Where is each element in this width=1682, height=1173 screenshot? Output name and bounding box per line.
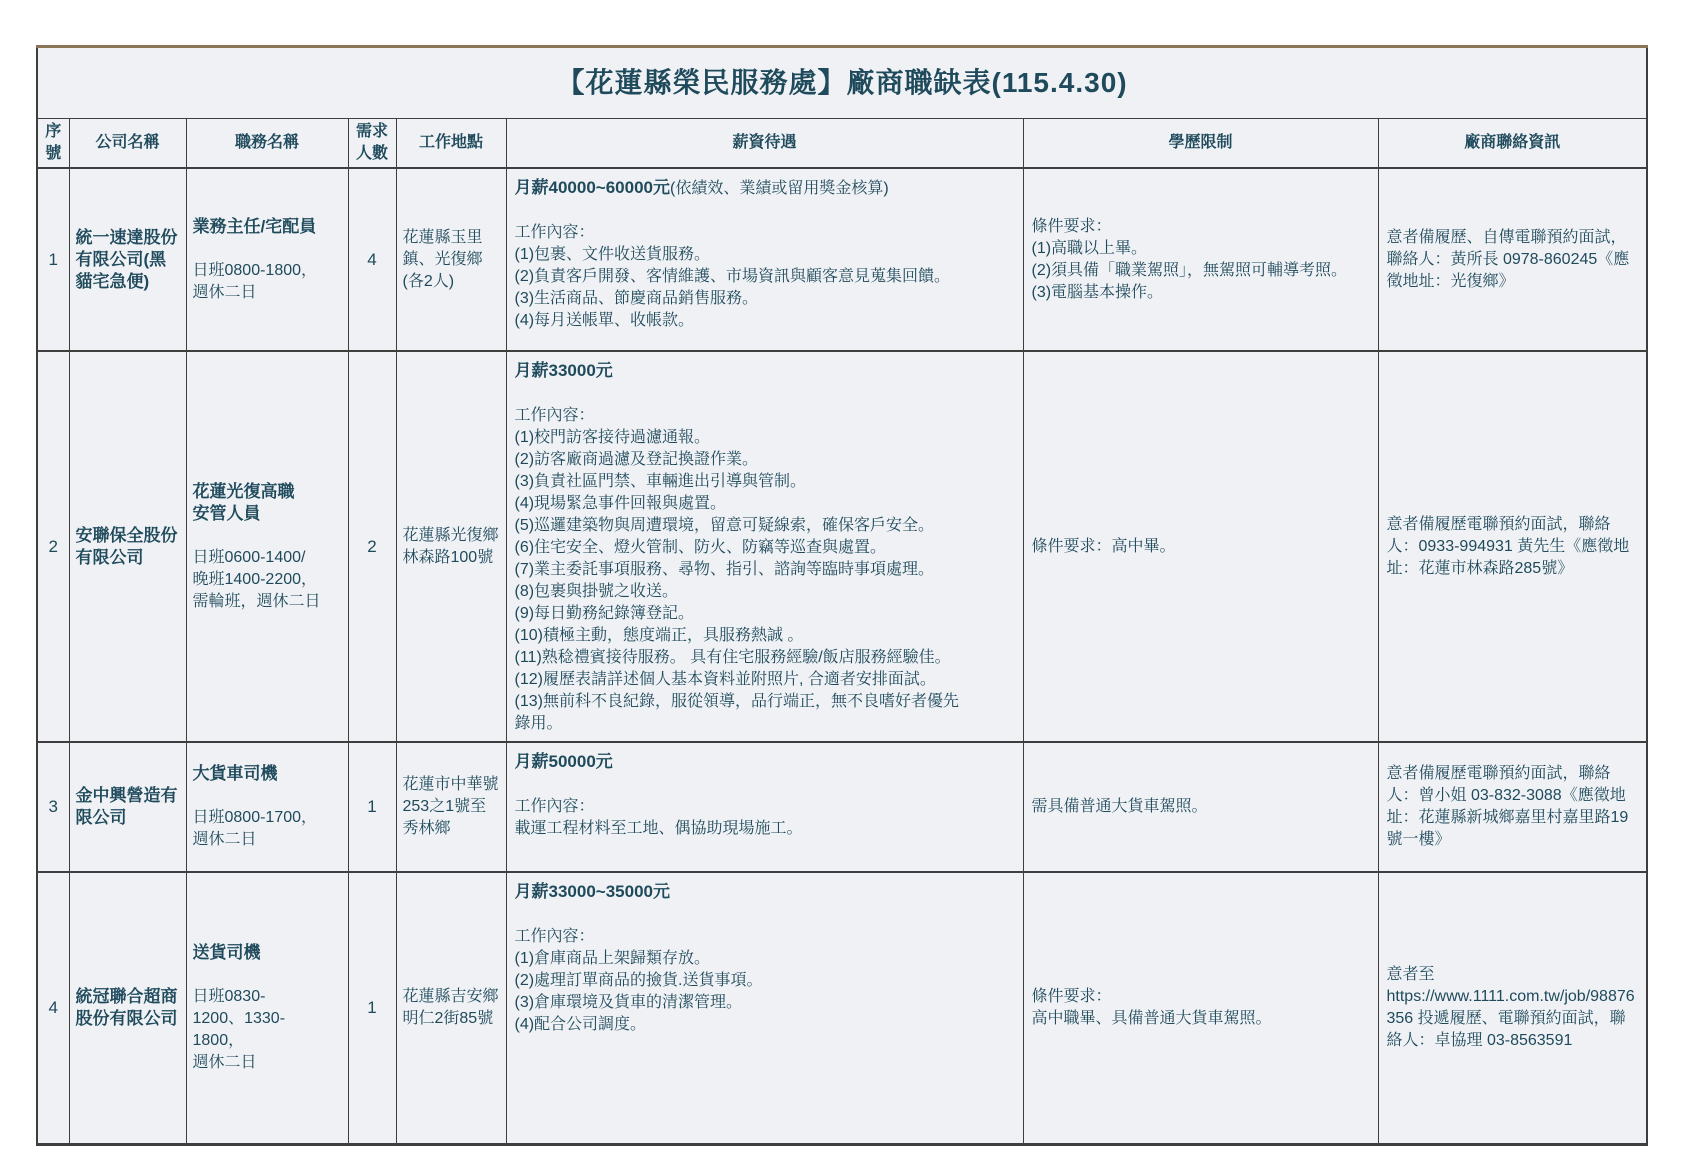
cell-headcount: 4 — [348, 168, 396, 351]
salary-headline: 月薪33000~35000元 — [515, 881, 965, 904]
table-row: 2 安聯保全股份有限公司 花蓮光復高職 安管人員 日班0600-1400/ 晚班… — [37, 351, 1647, 742]
cell-location: 花蓮縣光復鄉林森路100號 — [396, 351, 506, 742]
job-schedule-text: 日班0830- 1200、1330- 1800， 週休二日 — [193, 986, 342, 1074]
salary-details: 工作內容： (1)校門訪客接待過濾通報。 (2)訪客廠商過濾及登記換證作業。 (… — [515, 405, 965, 735]
column-header-no: 序號 — [37, 119, 69, 169]
cell-education: 條件要求：高中畢。 — [1023, 351, 1378, 742]
cell-salary: 月薪33000~35000元 工作內容： (1)倉庫商品上架歸類存放。 (2)處… — [506, 872, 1023, 1144]
cell-contact: 意者備履歷電聯預約面試，聯絡人：0933-994931 黃先生《應徵地址：花蓮市… — [1378, 351, 1647, 742]
cell-company: 金中興營造有限公司 — [69, 742, 186, 872]
table-row: 3 金中興營造有限公司 大貨車司機 日班0800-1700， 週休二日 1 花蓮… — [37, 742, 1647, 872]
cell-job: 大貨車司機 日班0800-1700， 週休二日 — [186, 742, 348, 872]
salary-amount: 月薪33000元 — [515, 361, 613, 380]
cell-company: 統冠聯合超商股份有限公司 — [69, 872, 186, 1144]
cell-no: 1 — [37, 168, 69, 351]
cell-headcount: 1 — [348, 872, 396, 1144]
page-title: 【花蓮縣榮民服務處】廠商職缺表(115.4.30) — [37, 47, 1647, 119]
job-schedule-text: 日班0800-1700， 週休二日 — [193, 807, 342, 851]
cell-job: 業務主任/宅配員 日班0800-1800， 週休二日 — [186, 168, 348, 351]
column-header-salary: 薪資待遇 — [506, 119, 1023, 169]
column-header-location: 工作地點 — [396, 119, 506, 169]
cell-headcount: 1 — [348, 742, 396, 872]
salary-headline: 月薪33000元 — [515, 360, 965, 383]
cell-no: 2 — [37, 351, 69, 742]
job-title-text: 業務主任/宅配員 — [193, 216, 342, 238]
cell-no: 4 — [37, 872, 69, 1144]
table-row: 1 統一速達股份有限公司(黑貓宅急便) 業務主任/宅配員 日班0800-1800… — [37, 168, 1647, 351]
cell-education: 條件要求： (1)高職以上畢。 (2)須具備「職業駕照」，無駕照可輔導考照。 (… — [1023, 168, 1378, 351]
page: 【花蓮縣榮民服務處】廠商職缺表(115.4.30) 序號 公司名稱 職務名稱 需… — [0, 0, 1682, 1173]
column-header-company: 公司名稱 — [69, 119, 186, 169]
salary-amount: 月薪33000~35000元 — [515, 882, 670, 901]
salary-amount: 月薪50000元 — [515, 752, 613, 771]
cell-contact: 意者備履歷、自傳電聯預約面試，聯絡人：黃所長 0978-860245《應徵地址：… — [1378, 168, 1647, 351]
title-row: 【花蓮縣榮民服務處】廠商職缺表(115.4.30) — [37, 47, 1647, 119]
job-vacancy-table: 【花蓮縣榮民服務處】廠商職缺表(115.4.30) 序號 公司名稱 職務名稱 需… — [36, 45, 1648, 1146]
salary-headline: 月薪50000元 — [515, 751, 965, 774]
cell-job: 送貨司機 日班0830- 1200、1330- 1800， 週休二日 — [186, 872, 348, 1144]
header-row: 序號 公司名稱 職務名稱 需求 人數 工作地點 薪資待遇 學歷限制 廠商聯絡資訊 — [37, 119, 1647, 169]
salary-headline: 月薪40000~60000元(依績效、業績或留用獎金核算) — [515, 177, 965, 200]
column-header-education: 學歷限制 — [1023, 119, 1378, 169]
column-header-headcount: 需求 人數 — [348, 119, 396, 169]
cell-job: 花蓮光復高職 安管人員 日班0600-1400/ 晚班1400-2200， 需輪… — [186, 351, 348, 742]
cell-company: 安聯保全股份有限公司 — [69, 351, 186, 742]
salary-amount: 月薪40000~60000元 — [515, 178, 670, 197]
cell-company: 統一速達股份有限公司(黑貓宅急便) — [69, 168, 186, 351]
cell-salary: 月薪33000元 工作內容： (1)校門訪客接待過濾通報。 (2)訪客廠商過濾及… — [506, 351, 1023, 742]
job-schedule-text: 日班0600-1400/ 晚班1400-2200， 需輪班，週休二日 — [193, 547, 342, 613]
salary-note: (依績效、業績或留用獎金核算) — [670, 180, 889, 197]
cell-headcount: 2 — [348, 351, 396, 742]
job-title-text: 大貨車司機 — [193, 763, 342, 785]
cell-location: 花蓮縣玉里鎮、光復鄉(各2人) — [396, 168, 506, 351]
salary-details: 工作內容： (1)倉庫商品上架歸類存放。 (2)處理訂單商品的撿貨.送貨事項。 … — [515, 926, 965, 1036]
salary-details: 工作內容： 載運工程材料至工地、偶協助現場施工。 — [515, 796, 965, 840]
column-header-contact: 廠商聯絡資訊 — [1378, 119, 1647, 169]
job-schedule-text: 日班0800-1800， 週休二日 — [193, 260, 342, 304]
cell-no: 3 — [37, 742, 69, 872]
cell-salary: 月薪40000~60000元(依績效、業績或留用獎金核算) 工作內容： (1)包… — [506, 168, 1023, 351]
cell-contact: 意者至 https://www.1111.com.tw/job/98876356… — [1378, 872, 1647, 1144]
cell-education: 條件要求： 高中職畢、具備普通大貨車駕照。 — [1023, 872, 1378, 1144]
cell-contact: 意者備履歷電聯預約面試，聯絡人：曾小姐 03-832-3088《應徵地址：花蓮縣… — [1378, 742, 1647, 872]
job-title-text: 花蓮光復高職 安管人員 — [193, 481, 342, 525]
cell-location: 花蓮市中華號253之1號至秀林鄉 — [396, 742, 506, 872]
cell-education: 需具備普通大貨車駕照。 — [1023, 742, 1378, 872]
salary-details: 工作內容： (1)包裹、文件收送貨服務。 (2)負責客戶開發、客情維護、市場資訊… — [515, 222, 965, 332]
cell-salary: 月薪50000元 工作內容： 載運工程材料至工地、偶協助現場施工。 — [506, 742, 1023, 872]
column-header-job: 職務名稱 — [186, 119, 348, 169]
table-row: 4 統冠聯合超商股份有限公司 送貨司機 日班0830- 1200、1330- 1… — [37, 872, 1647, 1144]
job-title-text: 送貨司機 — [193, 942, 342, 964]
cell-location: 花蓮縣吉安鄉明仁2街85號 — [396, 872, 506, 1144]
